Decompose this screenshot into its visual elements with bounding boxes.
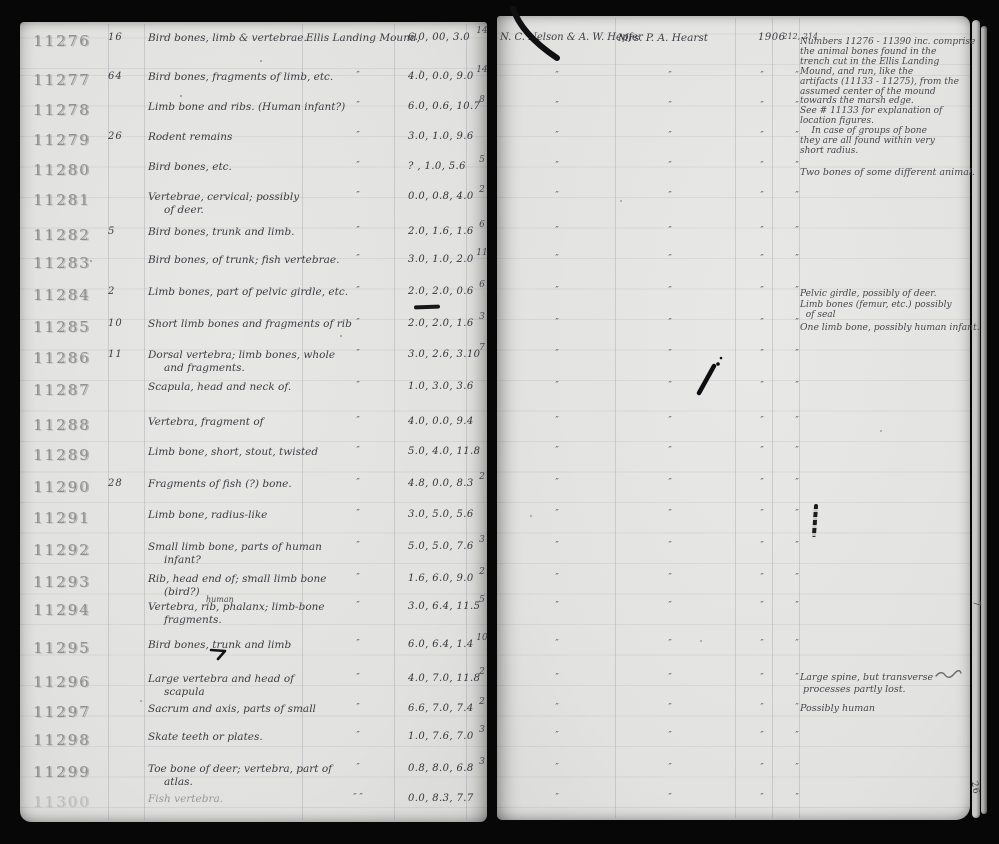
table-row: 11281Vertebrae, cervical; possiblyof dee…	[20, 191, 970, 223]
ditto-mark: ″	[660, 478, 680, 488]
ditto-mark: ″	[752, 381, 772, 391]
locality-ditto: ″	[338, 446, 378, 456]
specimen-count: 5	[108, 226, 144, 237]
ditto-mark: ″	[752, 446, 772, 456]
ditto-mark: ″	[660, 446, 680, 456]
accession-number: 11290	[33, 478, 113, 496]
ditto-mark: ″	[752, 131, 772, 141]
ditto-mark: ″	[752, 573, 772, 583]
ditto-mark: ″	[547, 161, 567, 171]
tally-number: 14	[470, 26, 494, 36]
accession-number: 11283	[33, 254, 113, 272]
table-row: 11295Bird bones, trunk and limb″″″″″6.0,…	[20, 639, 970, 671]
ditto-mark: ″	[660, 191, 680, 201]
locality-ditto: ″ ″	[338, 793, 378, 803]
ditto-mark: ″	[752, 763, 772, 773]
ditto-mark: ″	[787, 639, 807, 649]
locality-ditto: ″	[338, 478, 378, 488]
tally-number: 2	[470, 697, 494, 707]
ditto-mark: ″	[660, 639, 680, 649]
tally-number: 7	[470, 343, 494, 353]
note-line: Two bones of some different animal.	[800, 167, 968, 179]
description-line: and fragments.	[148, 362, 378, 375]
accession-number: 11288	[33, 416, 113, 434]
ditto-mark: ″	[547, 673, 567, 683]
ditto-mark: ″	[752, 639, 772, 649]
tally-number: 6	[470, 280, 494, 290]
margin-note: One limb bone, possibly human infant.	[800, 323, 968, 333]
tally-number: 11	[470, 248, 494, 258]
measurements: 4.0, 0.0, 9.4	[408, 416, 488, 427]
ditto-mark: ″	[547, 226, 567, 236]
accession-number: 11284	[33, 286, 113, 304]
accession-number: 11295	[33, 639, 113, 657]
table-row: 1128611Dorsal vertebra; limb bones, whol…	[20, 349, 970, 381]
locality-ditto: ″	[338, 286, 378, 296]
accession-number: 11296	[33, 673, 113, 691]
table-row: 11289Limb bone, short, stout, twisted″″″…	[20, 446, 970, 478]
ditto-mark: ″	[752, 416, 772, 426]
note-line: processes partly lost.	[800, 684, 968, 696]
ditto-mark: ″	[660, 573, 680, 583]
table-row: 11283Bird bones, of trunk; fish vertebra…	[20, 254, 970, 286]
ditto-mark: ″	[547, 349, 567, 359]
table-row: 11288Vertebra, fragment of″″″″″4.0, 0.0,…	[20, 416, 970, 448]
ditto-mark: ″	[547, 286, 567, 296]
ledger-scan: 1127616Bird bones, limb & vertebrae.Elli…	[0, 0, 999, 844]
ditto-mark: ″	[660, 731, 680, 741]
ditto-mark: ″	[752, 254, 772, 264]
ditto-mark: ″	[787, 349, 807, 359]
ditto-mark: ″	[752, 286, 772, 296]
tally-number: 3	[470, 725, 494, 735]
locality-ditto: ″	[338, 509, 378, 519]
ditto-mark: ″	[660, 286, 680, 296]
table-row: 1129028Fragments of fish (?) bone.″″″″″4…	[20, 478, 970, 510]
donor: Mrs. P. A. Hearst	[618, 32, 708, 44]
accession-number: 11291	[33, 509, 113, 527]
page-edge	[981, 26, 987, 814]
accession-number: 11279	[33, 131, 113, 149]
tally-number: 6	[470, 220, 494, 230]
ditto-mark: ″	[547, 381, 567, 391]
specimen-count: 28	[108, 478, 144, 489]
specimen-count: 16	[108, 32, 144, 43]
accession-number: 11285	[33, 318, 113, 336]
ditto-mark: ″	[752, 318, 772, 328]
locality-ditto: ″	[338, 191, 378, 201]
table-row: 11291Limb bone, radius-like″″″″″3.0, 5.0…	[20, 509, 970, 541]
ditto-mark: ″	[752, 191, 772, 201]
ditto-mark: ″	[660, 703, 680, 713]
locality-ditto: ″	[338, 703, 378, 713]
ditto-mark: ″	[752, 226, 772, 236]
ditto-mark: ″	[547, 71, 567, 81]
measurements: 3.0, 1.0, 9.6	[408, 131, 488, 142]
table-row: 11294Vertebra, rib, phalanx; limb-bonefr…	[20, 601, 970, 633]
description-line: scapula	[148, 686, 378, 699]
ditto-mark: ″	[660, 601, 680, 611]
note-line: Pelvic girdle, possibly of deer.	[800, 289, 968, 300]
ditto-mark: ″	[787, 416, 807, 426]
measurements: 5.0, 4.0, 11.8	[408, 446, 488, 457]
ditto-mark: ″	[547, 601, 567, 611]
locality-ditto: ″	[338, 731, 378, 741]
note-line: One limb bone, possibly human infant.	[800, 323, 968, 333]
ditto-mark: ″	[547, 793, 567, 803]
ditto-mark: ″	[787, 573, 807, 583]
specimen-count: 11	[108, 349, 144, 360]
locality-ditto: ″	[338, 541, 378, 551]
locality-ditto: ″	[338, 573, 378, 583]
accession-number: 11287	[33, 381, 113, 399]
ditto-mark: ″	[752, 509, 772, 519]
accession-number: 11278	[33, 101, 113, 119]
ditto-mark: ″	[752, 601, 772, 611]
description-line: atlas.	[148, 776, 378, 789]
ditto-mark: ″	[547, 639, 567, 649]
note-line: short radius.	[800, 147, 968, 157]
locality-ditto: ″	[338, 381, 378, 391]
ditto-mark: ″	[787, 763, 807, 773]
ink-stroke-top	[505, 6, 567, 64]
accession-number: 11289	[33, 446, 113, 464]
ditto-mark: ″	[660, 673, 680, 683]
ditto-mark: ″	[787, 254, 807, 264]
locality-ditto: ″	[338, 639, 378, 649]
accession-number: 11298	[33, 731, 113, 749]
locality-ditto: ″	[338, 318, 378, 328]
ditto-mark: ″	[547, 131, 567, 141]
ditto-mark: ″	[787, 446, 807, 456]
ditto-mark: ″	[752, 703, 772, 713]
accession-number: 11286	[33, 349, 113, 367]
accession-number: 11281	[33, 191, 113, 209]
ink-blot	[693, 355, 725, 397]
specimen-count: 2	[108, 286, 144, 297]
page-edge	[972, 20, 980, 818]
ditto-mark: ″	[787, 226, 807, 236]
ditto-mark: ″	[660, 793, 680, 803]
description-line: of deer.	[148, 204, 378, 217]
ditto-mark: ″	[547, 416, 567, 426]
ditto-mark: ″	[547, 509, 567, 519]
ditto-mark: ″	[660, 349, 680, 359]
ditto-mark: ″	[787, 601, 807, 611]
ditto-mark: ″	[787, 509, 807, 519]
ditto-mark: ″	[547, 731, 567, 741]
ditto-mark: ″	[787, 541, 807, 551]
tally-number: 3	[470, 757, 494, 767]
inserted-word: human	[206, 593, 234, 606]
accession-number: 11293	[33, 573, 113, 591]
tally-number: 10	[470, 633, 494, 643]
description-line: fragments.	[148, 614, 378, 627]
ditto-mark: ″	[547, 573, 567, 583]
ditto-mark: ″	[787, 731, 807, 741]
ditto-mark: ″	[547, 478, 567, 488]
edge-mark: 26	[969, 781, 981, 796]
tally-number: 2	[470, 567, 494, 577]
ditto-mark: ″	[660, 318, 680, 328]
ditto-mark: ″	[752, 478, 772, 488]
locality-ditto: ″	[338, 71, 378, 81]
locality-ditto: ″	[338, 416, 378, 426]
tally-number: 5	[470, 595, 494, 605]
tally-number: 3	[470, 535, 494, 545]
ditto-mark: ″	[752, 793, 772, 803]
ditto-mark: ″	[660, 101, 680, 111]
edge-scrawl	[934, 666, 964, 682]
locality-ditto: ″	[338, 763, 378, 773]
locality-ditto: ″	[338, 161, 378, 171]
specimen-count: 10	[108, 318, 144, 329]
ditto-mark: ″	[547, 703, 567, 713]
note-line: Possibly human	[800, 703, 968, 715]
ditto-mark: ″	[660, 381, 680, 391]
locality-ditto: ″	[338, 601, 378, 611]
ditto-mark: ″	[660, 226, 680, 236]
margin-note: Pelvic girdle, possibly of deer.Limb bon…	[800, 289, 968, 321]
ditto-mark: ″	[547, 541, 567, 551]
table-row: 11292Small limb bone, parts of humaninfa…	[20, 541, 970, 573]
note-line: of seal	[800, 310, 968, 321]
locality-ditto: ″	[338, 349, 378, 359]
accession-number: 11282	[33, 226, 113, 244]
margin-note: Two bones of some different animal.	[800, 167, 968, 179]
table-row: 11287Scapula, head and neck of.″″″″″1.0,…	[20, 381, 970, 413]
ditto-mark: ″	[660, 254, 680, 264]
accession-number: 11297	[33, 703, 113, 721]
table-row: 11300Fish vertebra.″ ″″″″″0.0, 8.3, 7.7	[20, 793, 970, 825]
ditto-mark: ″	[547, 101, 567, 111]
ditto-mark: ″	[660, 541, 680, 551]
ditto-mark: ″	[547, 254, 567, 264]
ditto-mark: ″	[547, 446, 567, 456]
accession-number: 11277	[33, 71, 113, 89]
tally-number: 3	[470, 312, 494, 322]
specimen-count: 26	[108, 131, 144, 142]
ditto-mark: ″	[660, 416, 680, 426]
ditto-mark: ″	[752, 349, 772, 359]
ditto-mark: ″	[660, 131, 680, 141]
accession-number: 11292	[33, 541, 113, 559]
locality-ditto: ″	[338, 254, 378, 264]
tally-number: 8	[470, 95, 494, 105]
ditto-mark: ″	[752, 541, 772, 551]
ditto-mark: ″	[547, 191, 567, 201]
measurements: 1.0, 3.0, 3.6	[408, 381, 488, 392]
ditto-mark: ″	[787, 381, 807, 391]
accession-number: 11300	[33, 793, 113, 811]
ditto-mark: ″	[660, 509, 680, 519]
margin-note: Numbers 11276 - 11390 inc. comprisethe a…	[800, 38, 968, 157]
table-row: 11299Toe bone of deer; vertebra, part of…	[20, 763, 970, 795]
locality-ditto: ″	[338, 131, 378, 141]
ditto-mark: ″	[752, 101, 772, 111]
locality-ditto: ″	[338, 673, 378, 683]
ditto-mark: ″	[752, 161, 772, 171]
ditto-mark: ″	[787, 191, 807, 201]
accession-number: 11276	[33, 32, 113, 50]
note-line: Limb bones (femur, etc.) possibly	[800, 300, 968, 311]
ditto-mark: ″	[787, 793, 807, 803]
specimen-count: 64	[108, 71, 144, 82]
table-row: 11298Skate teeth or plates.″″″″″1.0, 7.6…	[20, 731, 970, 763]
measurements: 0.0, 8.3, 7.7	[408, 793, 488, 804]
accession-number: 11294	[33, 601, 113, 619]
tally-number: 5	[470, 155, 494, 165]
tally-number: 2	[470, 667, 494, 677]
ditto-mark: ″	[660, 161, 680, 171]
ditto-mark: ″	[547, 763, 567, 773]
locality-ditto: ″	[338, 226, 378, 236]
measurements: 3.0, 5.0, 5.6	[408, 509, 488, 520]
edge-mark: 7	[970, 600, 982, 607]
accession-number: 11280	[33, 161, 113, 179]
description-line: infant?	[148, 554, 378, 567]
ditto-mark: ″	[660, 763, 680, 773]
margin-note: Possibly human	[800, 703, 968, 715]
tally-number: 2	[470, 185, 494, 195]
ink-squiggle	[208, 646, 234, 662]
ditto-mark: ″	[752, 673, 772, 683]
description-line: (bird?)	[148, 586, 378, 599]
tally-number: 14	[470, 65, 494, 75]
locality-ditto: ″	[338, 101, 378, 111]
ditto-mark: ″	[752, 71, 772, 81]
ditto-mark: ″	[752, 731, 772, 741]
tally-number: 2	[470, 472, 494, 482]
accession-number: 11299	[33, 763, 113, 781]
ditto-mark: ″	[660, 71, 680, 81]
ditto-mark: ″	[787, 478, 807, 488]
ditto-mark: ″	[547, 318, 567, 328]
